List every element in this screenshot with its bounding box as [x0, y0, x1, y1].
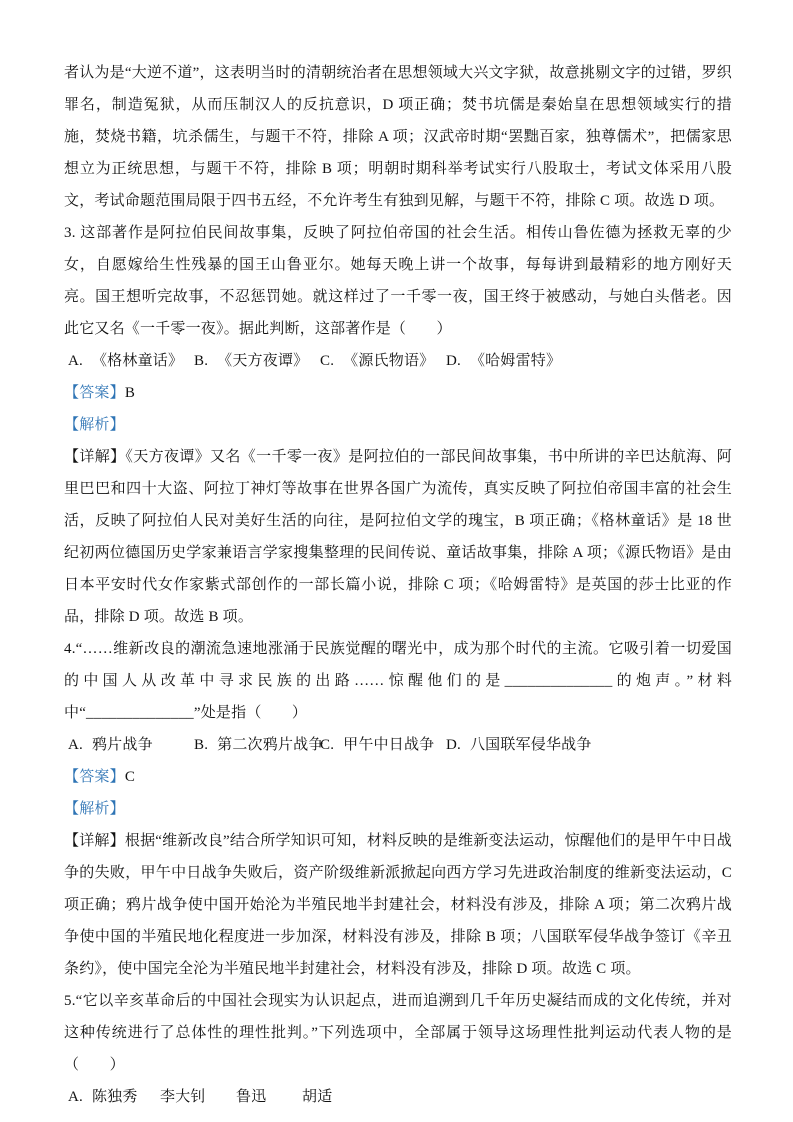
option-item: D.八国联军侵华战争 [446, 729, 592, 761]
paragraph: 4.“……维新改良的潮流急速地涨涌于民族觉醒的曙光中，成为那个时代的主流。它吸引… [64, 633, 732, 729]
option-label: 《哈姆雷特》 [470, 353, 561, 369]
option-label: 八国联军侵华战争 [470, 737, 592, 753]
option-item: A.《格林童话》 [68, 345, 194, 377]
option-item: C.《源氏物语》 [320, 345, 446, 377]
paragraph: 【答案】C [64, 761, 732, 793]
option-label: 李大钊 [160, 1089, 206, 1105]
option-item: A.鸦片战争 [68, 729, 194, 761]
answer-bracket-label: 【答案】 [64, 769, 125, 785]
option-item: C.甲午中日战争 [320, 729, 446, 761]
option-letter: B. [194, 729, 208, 761]
paragraph: 3. 这部著作是阿拉伯民间故事集，反映了阿拉伯帝国的社会生活。相传山鲁佐德为拯救… [64, 217, 732, 345]
option-label: 《源氏物语》 [343, 353, 434, 369]
option-label: 鸦片战争 [92, 737, 153, 753]
text-run: C [125, 769, 135, 785]
option-item: B.《天方夜谭》 [194, 345, 320, 377]
option-letter: D. [446, 345, 461, 377]
text-run: B [125, 385, 135, 401]
option-label: 陈独秀 [92, 1089, 138, 1105]
option-label: 第二次鸦片战争 [217, 737, 323, 753]
option-item: 鲁迅 [236, 1081, 302, 1113]
option-letter: C. [320, 729, 334, 761]
option-item: 胡适 [302, 1081, 332, 1113]
paragraph: 【详解】《天方夜谭》又名《一千零一夜》是阿拉伯的一部民间故事集，书中所讲的辛巴达… [64, 441, 732, 633]
option-item: D.《哈姆雷特》 [446, 345, 561, 377]
text-run: 【详解】《天方夜谭》又名《一千零一夜》是阿拉伯的一部民间故事集，书中所讲的辛巴达… [64, 449, 732, 625]
option-label: 甲午中日战争 [343, 737, 434, 753]
option-letter: A. [68, 1081, 83, 1113]
option-label: 《格林童话》 [92, 353, 183, 369]
option-letter: A. [68, 729, 83, 761]
option-letter: D. [446, 729, 461, 761]
answer-bracket-label: 【解析】 [64, 417, 125, 433]
option-label: 胡适 [302, 1089, 332, 1105]
option-label: 鲁迅 [236, 1089, 266, 1105]
paragraph: 者认为是“大逆不道”，这表明当时的清朝统治者在思想领域大兴文字狱，故意挑剔文字的… [64, 57, 732, 217]
paragraph: 【解析】 [64, 793, 732, 825]
options-row: A.陈独秀李大钊鲁迅胡适 [64, 1081, 732, 1113]
answer-bracket-label: 【答案】 [64, 385, 125, 401]
text-run: 3. 这部著作是阿拉伯民间故事集，反映了阿拉伯帝国的社会生活。相传山鲁佐德为拯救… [64, 225, 732, 337]
option-item: A.陈独秀 [68, 1081, 160, 1113]
options-row: A.《格林童话》B.《天方夜谭》C.《源氏物语》D.《哈姆雷特》 [64, 345, 732, 377]
option-letter: A. [68, 345, 83, 377]
option-item: 李大钊 [160, 1081, 236, 1113]
options-row: A.鸦片战争B.第二次鸦片战争C.甲午中日战争D.八国联军侵华战争 [64, 729, 732, 761]
document-body: 者认为是“大逆不道”，这表明当时的清朝统治者在思想领域大兴文字狱，故意挑剔文字的… [64, 57, 732, 1113]
paragraph: 【答案】B [64, 377, 732, 409]
option-label: 《天方夜谭》 [217, 353, 308, 369]
text-run: 【详解】根据“维新改良”结合所学知识可知，材料反映的是维新变法运动，惊醒他们的是… [64, 833, 732, 977]
paragraph: 5.“它以辛亥革命后的中国社会现实为认识起点，进而追溯到几千年历史凝结而成的文化… [64, 985, 732, 1081]
paragraph: 【详解】根据“维新改良”结合所学知识可知，材料反映的是维新变法运动，惊醒他们的是… [64, 825, 732, 985]
text-run: 者认为是“大逆不道”，这表明当时的清朝统治者在思想领域大兴文字狱，故意挑剔文字的… [64, 65, 732, 209]
answer-bracket-label: 【解析】 [64, 801, 125, 817]
option-letter: B. [194, 345, 208, 377]
text-run: 4.“……维新改良的潮流急速地涨涌于民族觉醒的曙光中，成为那个时代的主流。它吸引… [64, 641, 732, 721]
exam-page: 者认为是“大逆不道”，这表明当时的清朝统治者在思想领域大兴文字狱，故意挑剔文字的… [0, 0, 793, 1122]
option-letter: C. [320, 345, 334, 377]
option-item: B.第二次鸦片战争 [194, 729, 320, 761]
paragraph: 【解析】 [64, 409, 732, 441]
text-run: 5.“它以辛亥革命后的中国社会现实为认识起点，进而追溯到几千年历史凝结而成的文化… [64, 993, 732, 1073]
